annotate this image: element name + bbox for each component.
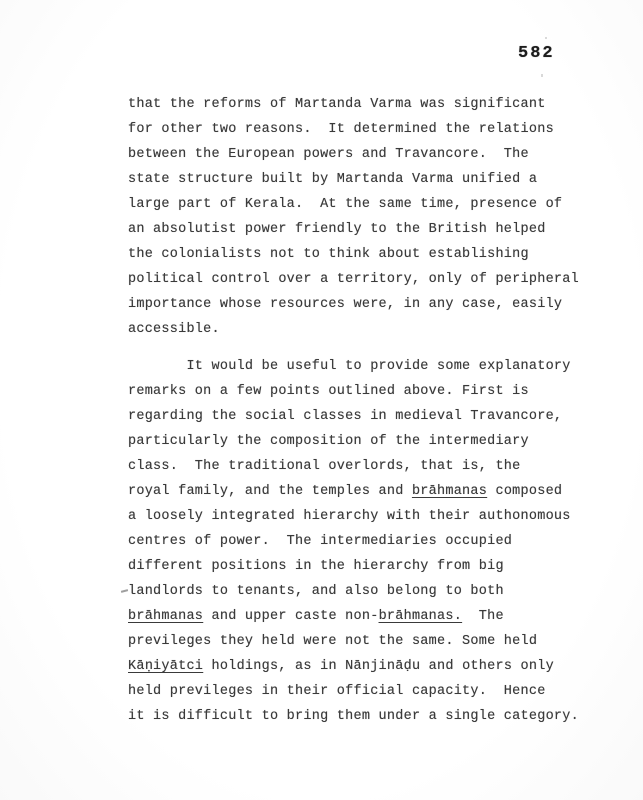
text-line: it is difficult to bring them under a si… [128, 704, 598, 729]
paragraph: It would be useful to provide some expla… [128, 354, 598, 729]
text-line: It would be useful to provide some expla… [128, 354, 598, 379]
text-line: state structure built by Martanda Varma … [128, 167, 598, 192]
page-number: 582 [518, 44, 555, 63]
text-line: regarding the social classes in medieval… [128, 404, 598, 429]
text-line: held previleges in their official capaci… [128, 679, 598, 704]
text-line: importance whose resources were, in any … [128, 292, 598, 317]
text-line: that the reforms of Martanda Varma was s… [128, 92, 598, 117]
text-line: particularly the composition of the inte… [128, 429, 598, 454]
text-body: that the reforms of Martanda Varma was s… [128, 92, 598, 729]
text-line: remarks on a few points outlined above. … [128, 379, 598, 404]
text-line: political control over a territory, only… [128, 267, 598, 292]
text-line: large part of Kerala. At the same time, … [128, 192, 598, 217]
text-line: landlords to tenants, and also belong to… [128, 579, 598, 604]
text-line: a loosely integrated hierarchy with thei… [128, 504, 598, 529]
text-line: between the European powers and Travanco… [128, 142, 598, 167]
paragraph: that the reforms of Martanda Varma was s… [128, 92, 598, 342]
text-line: the colonialists not to think about esta… [128, 242, 598, 267]
text-line: different positions in the hierarchy fro… [128, 554, 598, 579]
text-line: for other two reasons. It determined the… [128, 117, 598, 142]
text-line: brāhmanas and upper caste non-brāhmanas.… [128, 604, 598, 629]
stray-mark [541, 74, 543, 77]
text-line: an absolutist power friendly to the Brit… [128, 217, 598, 242]
text-line: centres of power. The intermediaries occ… [128, 529, 598, 554]
document-page: 582 that the reforms of Martanda Varma w… [0, 0, 643, 800]
text-line: accessible. [128, 317, 598, 342]
text-line: royal family, and the temples and brāhma… [128, 479, 598, 504]
text-line: class. The traditional overlords, that i… [128, 454, 598, 479]
text-line: Kāṇiyātci holdings, as in Nānjināḍu and … [128, 654, 598, 679]
stray-mark [545, 37, 547, 39]
text-line: previleges they held were not the same. … [128, 629, 598, 654]
